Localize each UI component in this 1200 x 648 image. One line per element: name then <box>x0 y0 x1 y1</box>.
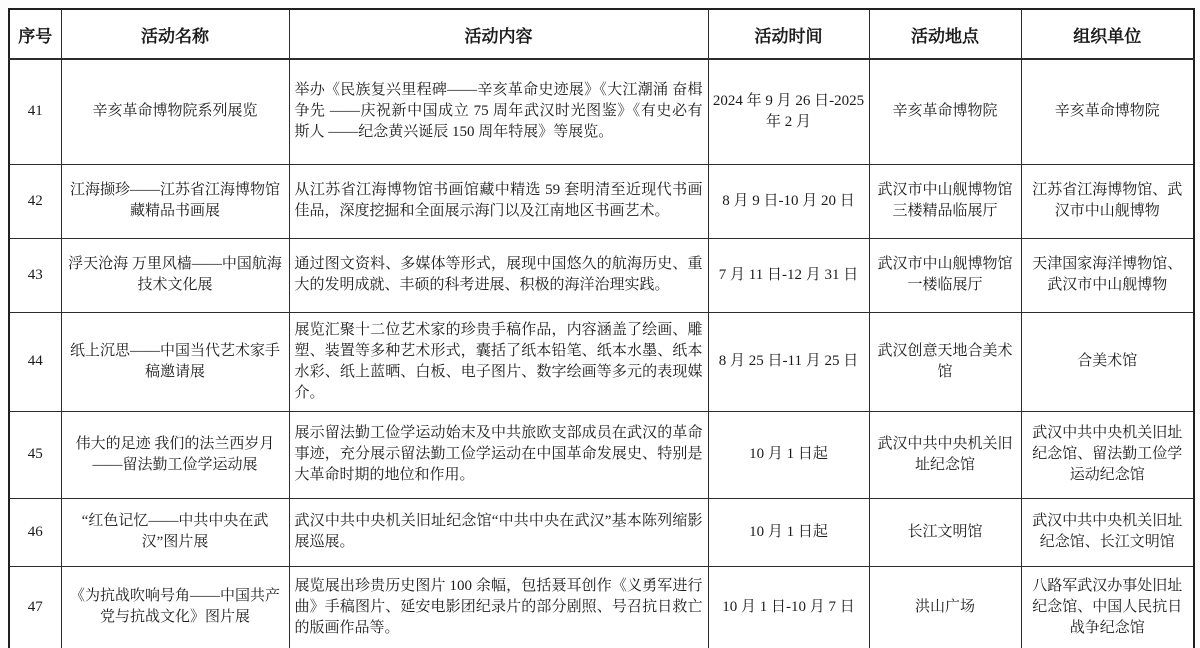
cell-place: 武汉市中山舰博物馆三楼精品临展厅 <box>869 164 1021 238</box>
table-row: 47 《为抗战吹响号角——中国共产党与抗战文化》图片展 展览展出珍贵历史图片 1… <box>9 566 1194 648</box>
cell-place: 洪山广场 <box>869 566 1021 648</box>
table-row: 41 辛亥革命博物院系列展览 举办《民族复兴里程碑——辛亥革命史迹展》《大江潮涌… <box>9 59 1194 164</box>
cell-serial: 45 <box>9 411 61 498</box>
table-row: 43 浮天沧海 万里风樯——中国航海技术文化展 通过图文资料、多媒体等形式，展现… <box>9 238 1194 312</box>
table-row: 46 “红色记忆——中共中央在武汉”图片展 武汉中共中央机关旧址纪念馆“中共中央… <box>9 498 1194 566</box>
cell-name: 浮天沧海 万里风樯——中国航海技术文化展 <box>61 238 289 312</box>
cell-place: 长江文明馆 <box>869 498 1021 566</box>
cell-name: “红色记忆——中共中央在武汉”图片展 <box>61 498 289 566</box>
header-name: 活动名称 <box>61 9 289 59</box>
cell-content: 通过图文资料、多媒体等形式，展现中国悠久的航海历史、重大的发明成就、丰硕的科考进… <box>289 238 708 312</box>
cell-content: 武汉中共中央机关旧址纪念馆“中共中央在武汉”基本陈列缩影展巡展。 <box>289 498 708 566</box>
cell-time: 10 月 1 日-10 月 7 日 <box>708 566 869 648</box>
cell-name: 纸上沉思——中国当代艺术家手稿邀请展 <box>61 312 289 411</box>
header-serial: 序号 <box>9 9 61 59</box>
cell-org: 江苏省江海博物馆、武汉市中山舰博物 <box>1021 164 1194 238</box>
cell-serial: 42 <box>9 164 61 238</box>
cell-serial: 44 <box>9 312 61 411</box>
cell-serial: 47 <box>9 566 61 648</box>
cell-name: 《为抗战吹响号角——中国共产党与抗战文化》图片展 <box>61 566 289 648</box>
cell-time: 8 月 25 日-11 月 25 日 <box>708 312 869 411</box>
header-time: 活动时间 <box>708 9 869 59</box>
cell-time: 7 月 11 日-12 月 31 日 <box>708 238 869 312</box>
cell-place: 武汉创意天地合美术馆 <box>869 312 1021 411</box>
cell-time: 2024 年 9 月 26 日-2025 年 2 月 <box>708 59 869 164</box>
header-content: 活动内容 <box>289 9 708 59</box>
cell-content: 展览汇聚十二位艺术家的珍贵手稿作品，内容涵盖了绘画、雕塑、装置等多种艺术形式，囊… <box>289 312 708 411</box>
cell-name: 辛亥革命博物院系列展览 <box>61 59 289 164</box>
cell-org: 武汉中共中央机关旧址纪念馆、长江文明馆 <box>1021 498 1194 566</box>
cell-org: 八路军武汉办事处旧址纪念馆、中国人民抗日战争纪念馆 <box>1021 566 1194 648</box>
cell-serial: 43 <box>9 238 61 312</box>
activity-table: 序号 活动名称 活动内容 活动时间 活动地点 组织单位 41 辛亥革命博物院系列… <box>8 8 1195 648</box>
cell-org: 天津国家海洋博物馆、武汉市中山舰博物 <box>1021 238 1194 312</box>
header-row: 序号 活动名称 活动内容 活动时间 活动地点 组织单位 <box>9 9 1194 59</box>
cell-time: 10 月 1 日起 <box>708 411 869 498</box>
cell-name: 江海撷珍——江苏省江海博物馆藏精品书画展 <box>61 164 289 238</box>
cell-name: 伟大的足迹 我们的法兰西岁月——留法勤工俭学运动展 <box>61 411 289 498</box>
cell-place: 辛亥革命博物院 <box>869 59 1021 164</box>
cell-serial: 46 <box>9 498 61 566</box>
cell-time: 8 月 9 日-10 月 20 日 <box>708 164 869 238</box>
cell-org: 辛亥革命博物院 <box>1021 59 1194 164</box>
table-row: 44 纸上沉思——中国当代艺术家手稿邀请展 展览汇聚十二位艺术家的珍贵手稿作品，… <box>9 312 1194 411</box>
header-place: 活动地点 <box>869 9 1021 59</box>
cell-content: 展示留法勤工俭学运动始末及中共旅欧支部成员在武汉的革命事迹，充分展示留法勤工俭学… <box>289 411 708 498</box>
cell-serial: 41 <box>9 59 61 164</box>
document-page: 序号 活动名称 活动内容 活动时间 活动地点 组织单位 41 辛亥革命博物院系列… <box>0 0 1200 648</box>
cell-content: 举办《民族复兴里程碑——辛亥革命史迹展》《大江潮涌 奋楫争先 ——庆祝新中国成立… <box>289 59 708 164</box>
cell-time: 10 月 1 日起 <box>708 498 869 566</box>
header-org: 组织单位 <box>1021 9 1194 59</box>
cell-org: 武汉中共中央机关旧址纪念馆、留法勤工俭学运动纪念馆 <box>1021 411 1194 498</box>
table-row: 42 江海撷珍——江苏省江海博物馆藏精品书画展 从江苏省江海博物馆书画馆藏中精选… <box>9 164 1194 238</box>
cell-org: 合美术馆 <box>1021 312 1194 411</box>
cell-place: 武汉中共中央机关旧址纪念馆 <box>869 411 1021 498</box>
table-row: 45 伟大的足迹 我们的法兰西岁月——留法勤工俭学运动展 展示留法勤工俭学运动始… <box>9 411 1194 498</box>
cell-content: 从江苏省江海博物馆书画馆藏中精选 59 套明清至近现代书画佳品，深度挖掘和全面展… <box>289 164 708 238</box>
cell-content: 展览展出珍贵历史图片 100 余幅，包括聂耳创作《义勇军进行曲》手稿图片、延安电… <box>289 566 708 648</box>
cell-place: 武汉市中山舰博物馆一楼临展厅 <box>869 238 1021 312</box>
